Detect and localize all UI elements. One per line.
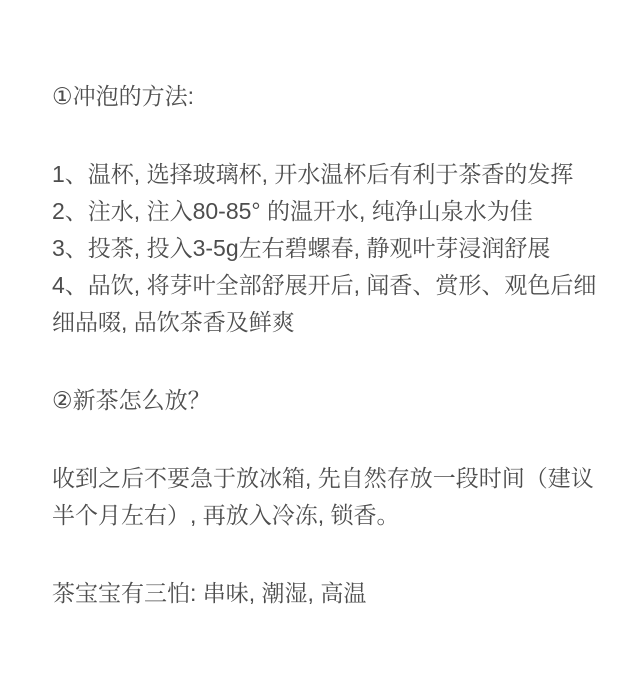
brewing-step-1: 1、温杯, 选择玻璃杯, 开水温杯后有利于茶香的发挥 — [52, 156, 600, 193]
brewing-step-3: 3、投茶, 投入3-5g左右碧螺春, 静观叶芽浸润舒展 — [52, 230, 600, 267]
brewing-steps-list: 1、温杯, 选择玻璃杯, 开水温杯后有利于茶香的发挥 2、注水, 注入80-85… — [52, 156, 600, 341]
brewing-method-heading: ①冲泡的方法: — [52, 78, 600, 115]
storage-question-heading: ②新茶怎么放？ — [52, 382, 600, 419]
storage-note: 收到之后不要急于放冰箱, 先自然存放一段时间（建议半个月左右）, 再放入冷冻, … — [52, 460, 600, 534]
brewing-step-4: 4、品饮, 将芽叶全部舒展开后, 闻香、赏形、观色后细细品啜, 品饮茶香及鲜爽 — [52, 267, 600, 341]
product-description: ①冲泡的方法: 1、温杯, 选择玻璃杯, 开水温杯后有利于茶香的发挥 2、注水,… — [0, 0, 640, 683]
brewing-step-2: 2、注水, 注入80-85° 的温开水, 纯净山泉水为佳 — [52, 193, 600, 230]
storage-warning: 茶宝宝有三怕: 串味, 潮湿, 高温 — [52, 575, 600, 612]
